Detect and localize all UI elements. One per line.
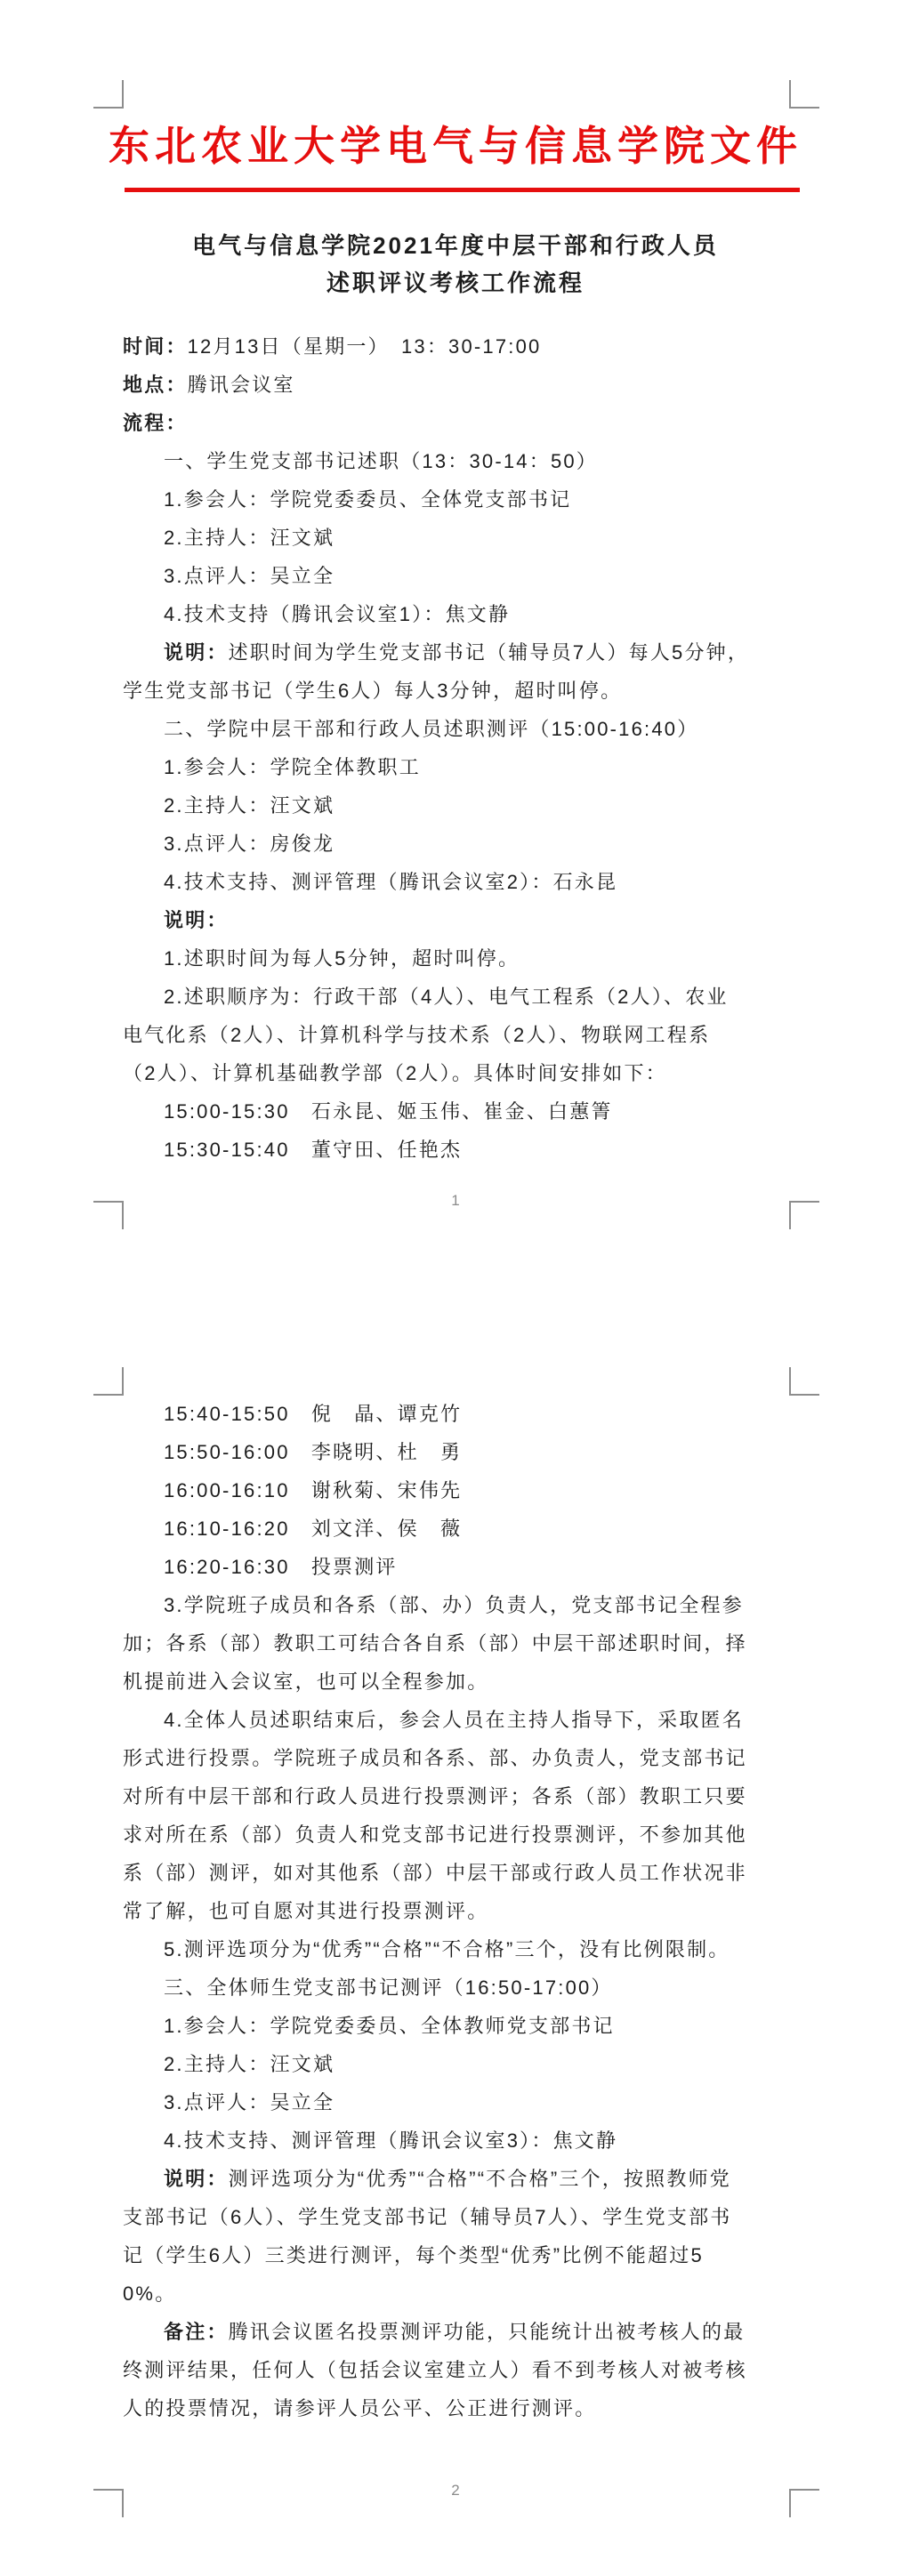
page-2-body: 15:40-15:50 倪 晶、谭克竹15:50-16:00 李晓明、杜 勇16… — [123, 1395, 808, 2427]
document-text-line: 二、学院中层干部和行政人员述职测评（15:00-16:40） — [123, 710, 808, 748]
line-text: 4.技术支持（腾讯会议室1）：焦文静 — [164, 603, 510, 625]
line-text: 3.点评人：吴立全 — [164, 565, 335, 587]
letterhead-divider-line — [125, 188, 800, 192]
document-text-line: 说明： — [123, 901, 808, 939]
document-text-line: 支部书记（6人）、学生党支部书记（辅导员7人）、学生党支部书 — [123, 2198, 808, 2236]
document-text-line: 说明：测评选项分为“优秀”“合格”“不合格”三个，按照教师党 — [123, 2160, 808, 2198]
line-text: 学生党支部书记（学生6人）每人3分钟，超时叫停。 — [123, 680, 622, 702]
document-text-line: 说明：述职时间为学生党支部书记（辅导员7人）每人5分钟， — [123, 633, 808, 672]
document-text-line: 5.测评选项分为“优秀”“合格”“不合格”三个，没有比例限制。 — [123, 1930, 808, 1968]
page-1-body: 时间：12月13日（星期一） 13：30-17:00地点：腾讯会议室流程：一、学… — [123, 327, 808, 1169]
document-text-line: 15:00-15:30 石永昆、姬玉伟、崔金、白蕙箐 — [123, 1092, 808, 1131]
document-text-line: 16:00-16:10 谢秋菊、宋伟先 — [123, 1471, 808, 1509]
document-text-line: 人的投票情况，请参评人员公平、公正进行测评。 — [123, 2389, 808, 2427]
line-text: 1.参会人：学院党委委员、全体教师党支部书记 — [164, 2015, 615, 2037]
document-viewer: 东北农业大学电气与信息学院文件 电气与信息学院2021年度中层干部和行政人员 述… — [0, 0, 911, 2576]
line-text: 1.参会人：学院全体教职工 — [164, 756, 421, 778]
line-text: 电气化系（2人）、计算机科学与技术系（2人）、物联网工程系 — [123, 1024, 710, 1046]
document-text-line: 2.主持人：汪文斌 — [123, 786, 808, 825]
line-text: 3.点评人：房俊龙 — [164, 833, 335, 855]
document-text-line: 学生党支部书记（学生6人）每人3分钟，超时叫停。 — [123, 672, 808, 710]
line-text: 人的投票情况，请参评人员公平、公正进行测评。 — [123, 2397, 596, 2419]
document-text-line: 1.参会人：学院党委委员、全体党支部书记 — [123, 480, 808, 519]
line-text: 求对所在系（部）负责人和党支部书记进行投票测评，不参加其他 — [123, 1823, 747, 1846]
crop-mark-top-left-icon — [93, 80, 124, 109]
document-text-line: 机提前进入会议室，也可以全程参加。 — [123, 1662, 808, 1701]
document-text-line: 3.点评人：房俊龙 — [123, 825, 808, 863]
document-text-line: 4.技术支持（腾讯会议室1）：焦文静 — [123, 595, 808, 633]
page-number-value: 2 — [451, 2482, 459, 2499]
line-text: 2.主持人：汪文斌 — [164, 2053, 335, 2075]
page-number: 2 — [0, 2482, 911, 2500]
line-text: 12月13日（星期一） 13：30-17:00 — [188, 335, 542, 358]
line-label-bold: 流程： — [123, 412, 188, 434]
document-text-line: （2人）、计算机基础教学部（2人）。具体时间安排如下： — [123, 1054, 808, 1092]
crop-mark-top-right-icon — [789, 80, 819, 109]
document-text-line: 终测评结果，任何人（包括会议室建立人）看不到考核人对被考核 — [123, 2351, 808, 2389]
document-text-line: 形式进行投票。学院班子成员和各系、部、办负责人，党支部书记 — [123, 1739, 808, 1777]
line-text: 3.学院班子成员和各系（部、办）负责人，党支部书记全程参 — [164, 1594, 744, 1616]
document-text-line: 0%。 — [123, 2274, 808, 2313]
document-text-line: 4.全体人员述职结束后，参会人员在主持人指导下，采取匿名 — [123, 1701, 808, 1739]
line-text: 16:10-16:20 刘文洋、侯 薇 — [164, 1517, 462, 1540]
document-text-line: 1.参会人：学院党委委员、全体教师党支部书记 — [123, 2007, 808, 2045]
document-text-line: 一、学生党支部书记述职（13：30-14：50） — [123, 442, 808, 480]
line-text: 3.点评人：吴立全 — [164, 2091, 335, 2113]
document-text-line: 3.学院班子成员和各系（部、办）负责人，党支部书记全程参 — [123, 1586, 808, 1624]
document-text-line: 15:40-15:50 倪 晶、谭克竹 — [123, 1395, 808, 1433]
line-text: 述职时间为学生党支部书记（辅导员7人）每人5分钟， — [229, 641, 749, 664]
page-number-value: 1 — [451, 1192, 459, 1209]
line-label-bold: 备注： — [164, 2321, 229, 2343]
document-text-line: 时间：12月13日（星期一） 13：30-17:00 — [123, 327, 808, 366]
line-text: 16:00-16:10 谢秋菊、宋伟先 — [164, 1479, 462, 1501]
subtitle-line-2: 述职评议考核工作流程 — [91, 264, 820, 302]
document-text-line: 求对所在系（部）负责人和党支部书记进行投票测评，不参加其他 — [123, 1815, 808, 1854]
line-text: 15:30-15:40 董守田、任艳杰 — [164, 1139, 462, 1161]
line-text: 1.参会人：学院党委委员、全体党支部书记 — [164, 488, 571, 511]
line-text: （2人）、计算机基础教学部（2人）。具体时间安排如下： — [123, 1062, 667, 1084]
crop-mark-top-left-icon — [93, 1367, 124, 1396]
document-text-line: 对所有中层干部和行政人员进行投票测评；各系（部）教职工只要 — [123, 1777, 808, 1815]
line-text: 腾讯会议匿名投票测评功能，只能统计出被考核人的最 — [229, 2321, 746, 2343]
line-text: 2.述职顺序为：行政干部（4人）、电气工程系（2人）、农业 — [164, 986, 729, 1008]
document-text-line: 加；各系（部）教职工可结合各自系（部）中层干部述职时间，择 — [123, 1624, 808, 1662]
document-text-line: 16:10-16:20 刘文洋、侯 薇 — [123, 1509, 808, 1548]
line-text: 系（部）测评，如对其他系（部）中层干部或行政人员工作状况非 — [123, 1862, 747, 1884]
document-text-line: 4.技术支持、测评管理（腾讯会议室3）：焦文静 — [123, 2121, 808, 2160]
line-text: 机提前进入会议室，也可以全程参加。 — [123, 1670, 488, 1693]
document-text-line: 15:50-16:00 李晓明、杜 勇 — [123, 1433, 808, 1471]
document-text-line: 流程： — [123, 404, 808, 442]
line-text: 加；各系（部）教职工可结合各自系（部）中层干部述职时间，择 — [123, 1632, 747, 1654]
document-text-line: 3.点评人：吴立全 — [123, 2083, 808, 2121]
line-text: 测评选项分为“优秀”“合格”“不合格”三个，按照教师党 — [229, 2168, 731, 2190]
line-text: 16:20-16:30 投票测评 — [164, 1556, 398, 1578]
line-label-bold: 时间： — [123, 335, 188, 358]
document-subtitle: 电气与信息学院2021年度中层干部和行政人员 述职评议考核工作流程 — [91, 227, 820, 302]
line-text: 二、学院中层干部和行政人员述职测评（15:00-16:40） — [164, 718, 698, 740]
line-text: 4.全体人员述职结束后，参会人员在主持人指导下，采取匿名 — [164, 1709, 744, 1731]
line-text: 对所有中层干部和行政人员进行投票测评；各系（部）教职工只要 — [123, 1785, 747, 1807]
document-text-line: 1.参会人：学院全体教职工 — [123, 748, 808, 786]
subtitle-line-1: 电气与信息学院2021年度中层干部和行政人员 — [91, 227, 820, 264]
document-text-line: 4.技术支持、测评管理（腾讯会议室2）：石永昆 — [123, 863, 808, 901]
document-text-line: 系（部）测评，如对其他系（部）中层干部或行政人员工作状况非 — [123, 1854, 808, 1892]
line-text: 4.技术支持、测评管理（腾讯会议室3）：焦文静 — [164, 2129, 617, 2152]
line-text: 4.技术支持、测评管理（腾讯会议室2）：石永昆 — [164, 871, 617, 893]
line-text: 15:50-16:00 李晓明、杜 勇 — [164, 1441, 462, 1463]
document-text-line: 备注：腾讯会议匿名投票测评功能，只能统计出被考核人的最 — [123, 2313, 808, 2351]
document-text-line: 1.述职时间为每人5分钟，超时叫停。 — [123, 939, 808, 978]
line-label-bold: 地点： — [123, 374, 188, 396]
line-text: 15:40-15:50 倪 晶、谭克竹 — [164, 1403, 462, 1425]
page-number: 1 — [0, 1192, 911, 1210]
document-text-line: 2.主持人：汪文斌 — [123, 2045, 808, 2083]
line-text: 15:00-15:30 石永昆、姬玉伟、崔金、白蕙箐 — [164, 1100, 613, 1123]
page-1: 东北农业大学电气与信息学院文件 电气与信息学院2021年度中层干部和行政人员 述… — [0, 0, 911, 1299]
line-label-bold: 说明： — [164, 909, 229, 931]
line-text: 记（学生6人）三类进行测评，每个类型“优秀”比例不能超过5 — [123, 2244, 704, 2266]
document-text-line: 电气化系（2人）、计算机科学与技术系（2人）、物联网工程系 — [123, 1016, 808, 1054]
document-text-line: 3.点评人：吴立全 — [123, 557, 808, 595]
line-text: 常了解，也可自愿对其进行投票测评。 — [123, 1900, 488, 1922]
line-text: 三、全体师生党支部书记测评（16:50-17:00） — [164, 1976, 613, 1999]
line-text: 支部书记（6人）、学生党支部书记（辅导员7人）、学生党支部书 — [123, 2206, 731, 2228]
document-text-line: 2.主持人：汪文斌 — [123, 519, 808, 557]
line-text: 2.主持人：汪文斌 — [164, 794, 335, 817]
line-text: 1.述职时间为每人5分钟，超时叫停。 — [164, 947, 520, 970]
document-text-line: 常了解，也可自愿对其进行投票测评。 — [123, 1892, 808, 1930]
line-text: 0%。 — [123, 2282, 176, 2305]
page-2: 15:40-15:50 倪 晶、谭克竹15:50-16:00 李晓明、杜 勇16… — [0, 1299, 911, 2576]
line-text: 一、学生党支部书记述职（13：30-14：50） — [164, 450, 598, 472]
document-text-line: 16:20-16:30 投票测评 — [123, 1548, 808, 1586]
line-label-bold: 说明： — [164, 2168, 229, 2190]
document-text-line: 2.述职顺序为：行政干部（4人）、电气工程系（2人）、农业 — [123, 978, 808, 1016]
document-text-line: 三、全体师生党支部书记测评（16:50-17:00） — [123, 1968, 808, 2007]
letterhead-title: 东北农业大学电气与信息学院文件 — [46, 114, 865, 173]
crop-mark-top-right-icon — [789, 1367, 819, 1396]
document-text-line: 记（学生6人）三类进行测评，每个类型“优秀”比例不能超过5 — [123, 2236, 808, 2274]
document-text-line: 地点：腾讯会议室 — [123, 366, 808, 404]
line-text: 腾讯会议室 — [188, 374, 295, 396]
document-text-line: 15:30-15:40 董守田、任艳杰 — [123, 1131, 808, 1169]
line-text: 5.测评选项分为“优秀”“合格”“不合格”三个，没有比例限制。 — [164, 1938, 730, 1960]
line-text: 2.主持人：汪文斌 — [164, 527, 335, 549]
line-label-bold: 说明： — [164, 641, 229, 664]
line-text: 终测评结果，任何人（包括会议室建立人）看不到考核人对被考核 — [123, 2359, 747, 2381]
line-text: 形式进行投票。学院班子成员和各系、部、办负责人，党支部书记 — [123, 1747, 747, 1769]
